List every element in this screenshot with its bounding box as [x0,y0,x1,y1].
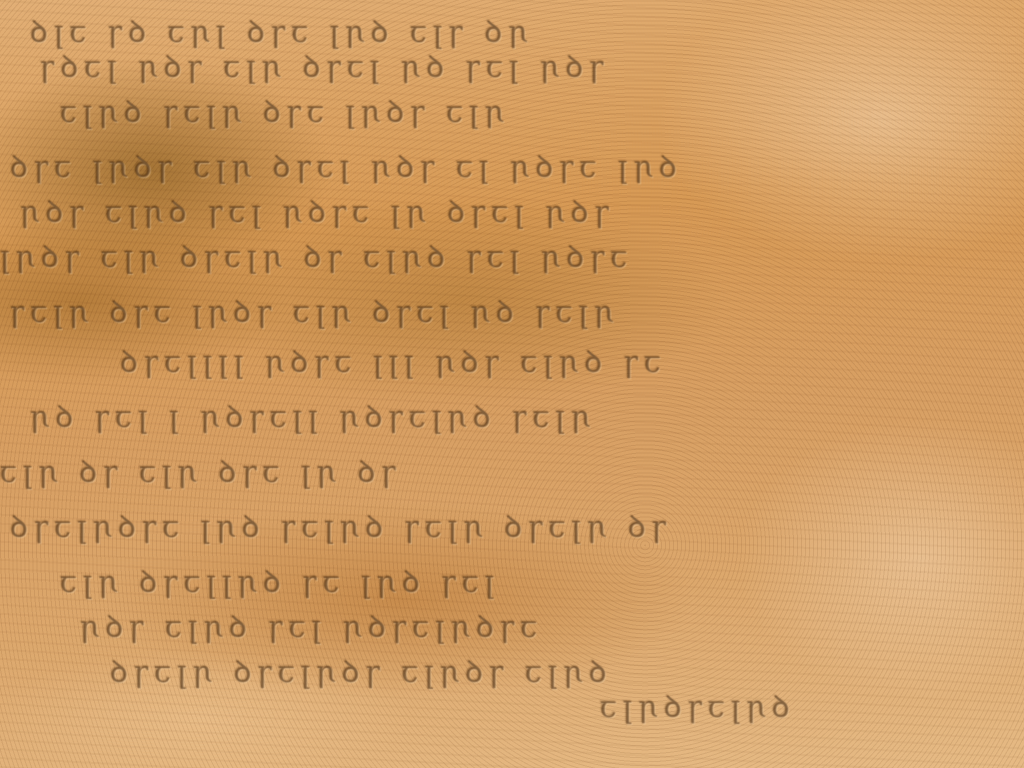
inscription-line: ꞃꝺ ꞅꞇꞁ ꞁ ꞃꝺꞅꞇꞁꞁ ꞃꝺꞅꞇꞁꞃꝺ ꞅꞇꞁꞃ [30,395,596,436]
inscribed-stone-photo: ꝺꞁꞇ ꞅꝺ ꞇꞃꞁ ꝺꞅꞇ ꞁꞃꝺ ꞇꞁꞅ ꝺꞃꞅꝺꞇꞁ ꞃꝺꞅ ꞇꞁꞃ ꝺꞅ… [0,0,1024,768]
inscription-line: ꞁꞃꝺꞅ ꞇꞁꞃ ꝺꞅꞇꞁꞃ ꝺꞅ ꞇꞁꞃꝺ ꞅꞇꞁ ꞃꝺꞅꞇ [0,235,633,276]
inscription-line: ꞇꞁꞃ ꝺꞅꞇꞁꞁꞃꝺ ꞅꞇ ꞁꞃꝺ ꞅꞇꞁ [60,560,500,601]
inscription-line: ꞇꞁꞃꝺ ꞅꞇꞁꞃ ꝺꞅꞇ ꞁꞃꝺꞅ ꞇꞁꞃ [60,90,510,131]
inscription-line: ꞇꞁꞃ ꝺꞅ ꞇꞁꞃ ꝺꞅꞇ ꞁꞃ ꝺꞅ [0,450,402,491]
inscription-line: ꞇꞁꞃꝺꞅꞇꞁꞃꝺ [600,685,796,726]
inscription-line: ꞅꝺꞇꞁ ꞃꝺꞅ ꞇꞁꞃ ꝺꞅꞇꞁ ꞃꝺ ꞅꞇꞁ ꞃꝺꞅ [40,45,610,86]
inscription-line: ꝺꞅꞇꞁꞃꝺꞅꞇ ꞁꞃꝺ ꞅꞇꞁꞃꝺ ꞅꞇꞁꞃ ꝺꞅꞇꞁꞃ ꝺꞅ [10,505,672,546]
inscription-line: ꞃꝺꞅ ꞇꞁꞃꝺ ꞅꞇꞁ ꞃꝺꞅꞇꞁꞃꝺꞅꞇ [80,605,543,646]
inscription: ꝺꞁꞇ ꞅꝺ ꞇꞃꞁ ꝺꞅꞇ ꞁꞃꝺ ꞇꞁꞅ ꝺꞃꞅꝺꞇꞁ ꞃꝺꞅ ꞇꞁꞃ ꝺꞅ… [0,0,1024,768]
inscription-line: ꞃꝺꞅ ꞇꞁꞃꝺ ꞅꞇꞁ ꞃꝺꞅꞇ ꞁꞃ ꝺꞅꞇꞁ ꞃꝺꞅ [20,190,615,231]
inscription-line: ꝺꞅꞇ ꞁꞃꝺꞅ ꞇꞁꞃ ꝺꞅꞇꞁ ꞃꝺꞅ ꞇꞁ ꞃꝺꞅꞇ ꞁꞃꝺ [10,145,683,186]
inscription-line: ꝺꞅꞇꞁꞁꞁꞁ ꞃꝺꞅꞇ ꞁꞁꞁ ꞃꝺꞅ ꞇꞁꞃꝺ ꞅꞇ [120,340,667,381]
inscription-line: ꞅꞇꞁꞃ ꝺꞅꞇ ꞁꞃꝺꞅ ꞇꞁꞃ ꝺꞅꞇꞁ ꞃꝺ ꞅꞇꞁꞃ [10,290,619,331]
inscription-line: ꝺꞅꞇꞁꞃ ꝺꞅꞇꞁꞃꝺꞅ ꞇꞁꞃꝺꞅ ꞇꞁꞃꝺ [110,650,613,691]
